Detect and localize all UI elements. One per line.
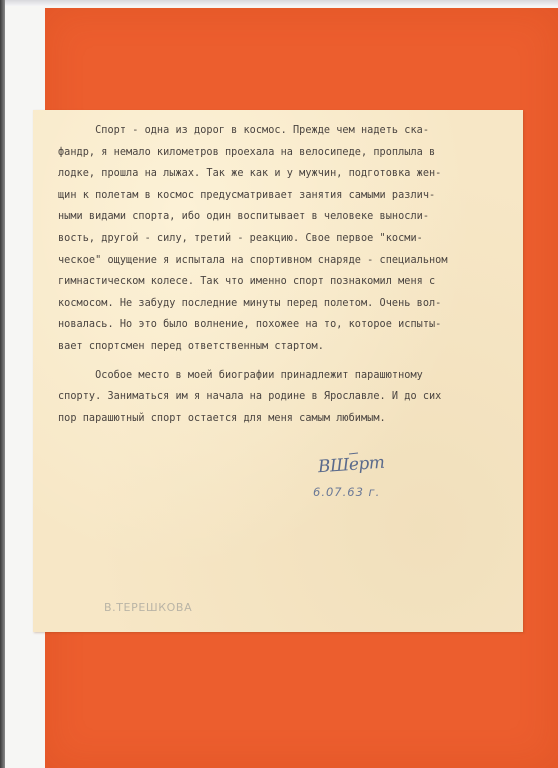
text-line: гимнастическом колесе. Так что именно сп… (58, 271, 508, 293)
text-line: космосом. Не забуду последние минуты пер… (58, 293, 508, 315)
scanner-top-edge (0, 0, 558, 6)
text-line: ческое" ощущение я испытала на спортивно… (58, 250, 508, 272)
text-line: Особое место в моей биографии принадлежи… (58, 365, 508, 387)
text-line: Спорт - одна из дорог в космос. Прежде ч… (58, 120, 508, 142)
text-line: щин к полетам в космос предусматривает з… (58, 185, 508, 207)
text-line: вает спортсмен перед ответственным старт… (58, 336, 508, 358)
text-line: ными видами спорта, ибо один воспитывает… (58, 206, 508, 228)
scanned-document: Спорт - одна из дорог в космос. Прежде ч… (0, 0, 558, 768)
paragraph-1: Спорт - одна из дорог в космос. Прежде ч… (58, 120, 508, 358)
pencil-annotation: В.ТЕРЕШКОВА (104, 601, 192, 614)
text-line: вость, другой - силу, третий - реакцию. … (58, 228, 508, 250)
typewritten-text: Спорт - одна из дорог в космос. Прежде ч… (58, 120, 508, 429)
text-line: фандр, я немало километров проехала на в… (58, 142, 508, 164)
text-line: спорту. Заниматься им я начала на родине… (58, 386, 508, 408)
text-line: лодке, прошла на лыжах. Так же как и у м… (58, 163, 508, 185)
text-line: пор парашютный спорт остается для меня с… (58, 408, 508, 430)
scanner-left-edge (0, 0, 5, 768)
handwritten-date: 6.07.63 г. (313, 485, 380, 499)
text-line: новалась. Но это было волнение, похожее … (58, 314, 508, 336)
paragraph-2: Особое место в моей биографии принадлежи… (58, 365, 508, 430)
